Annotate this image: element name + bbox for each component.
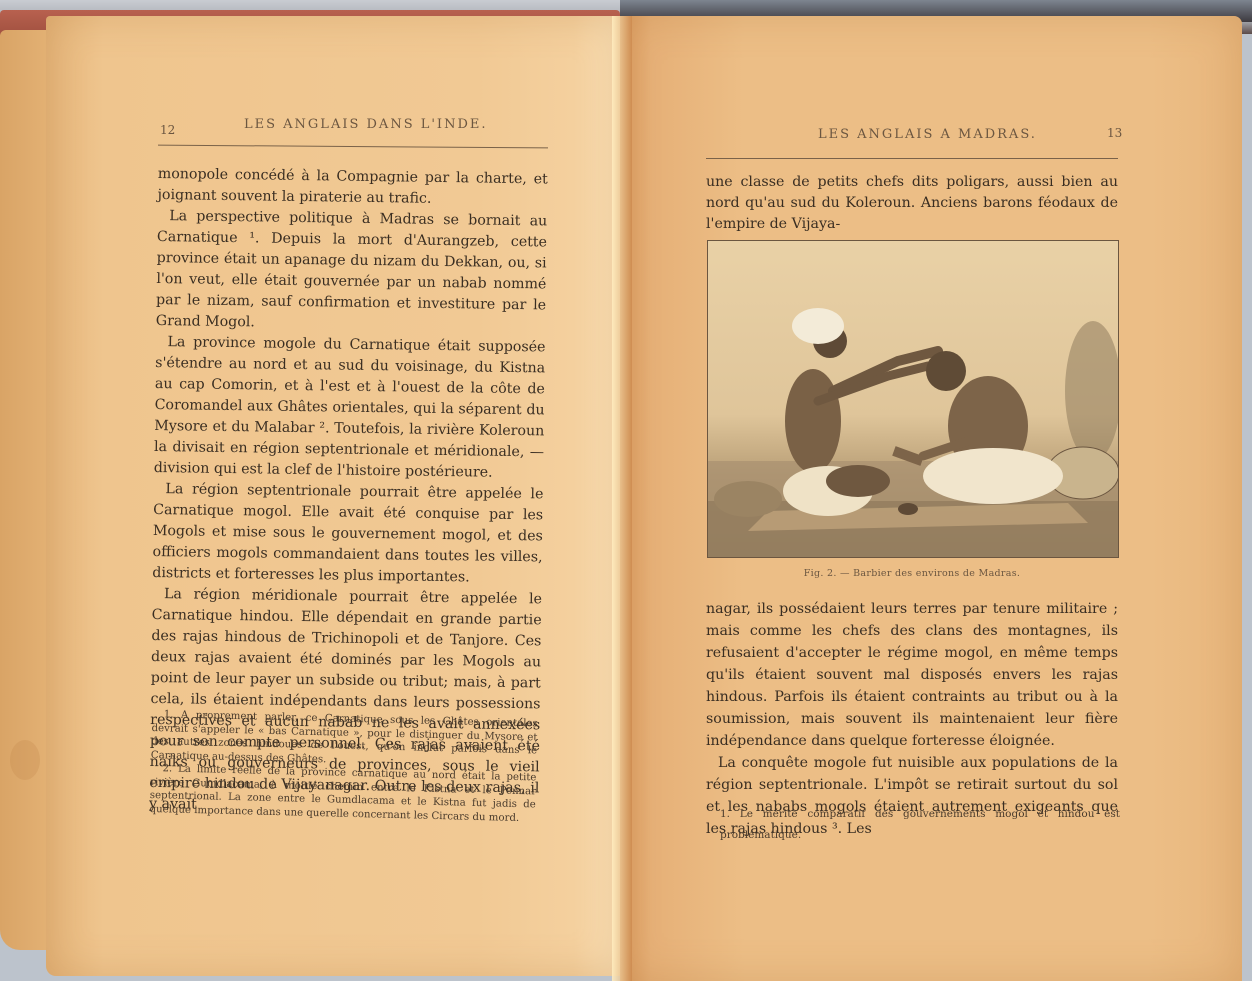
- page-number-left: 12: [160, 123, 175, 137]
- figure-caption: Fig. 2. — Barbier des environs de Madras…: [707, 568, 1117, 579]
- right-body-text-top: une classe de petits chefs dits poligars…: [706, 172, 1118, 235]
- barber-engraving-icon: [708, 241, 1118, 557]
- figure-engraving: [707, 240, 1119, 558]
- paragraph: La région septentrionale pourrait être a…: [152, 479, 543, 589]
- paragraph: une classe de petits chefs dits poligars…: [706, 172, 1118, 235]
- paragraph: nagar, ils possédaient leurs terres par …: [706, 598, 1118, 752]
- running-head-right: LES ANGLAIS A MADRAS.: [818, 127, 1037, 142]
- paragraph: monopole concédé à la Compagnie par la c…: [157, 164, 548, 211]
- paper-stain: [10, 740, 40, 780]
- footnote: 1. Le mérite comparatif des gouvernement…: [720, 804, 1120, 846]
- book-gutter: [612, 16, 632, 981]
- running-head-left: LES ANGLAIS DANS L'INDE.: [244, 117, 488, 132]
- page-number-right: 13: [1107, 126, 1122, 140]
- right-footnote: 1. Le mérite comparatif des gouvernement…: [720, 804, 1120, 846]
- paragraph: La province mogole du Carnatique était s…: [154, 332, 546, 484]
- paragraph: La perspective politique à Madras se bor…: [156, 206, 548, 337]
- footnote: 2. La limite réelle de la province carna…: [149, 762, 536, 825]
- footnote: 1. A proprement parler, ce Carnatique so…: [151, 708, 538, 771]
- left-footnotes: 1. A proprement parler, ce Carnatique so…: [149, 708, 538, 825]
- header-rule-right: [706, 158, 1118, 159]
